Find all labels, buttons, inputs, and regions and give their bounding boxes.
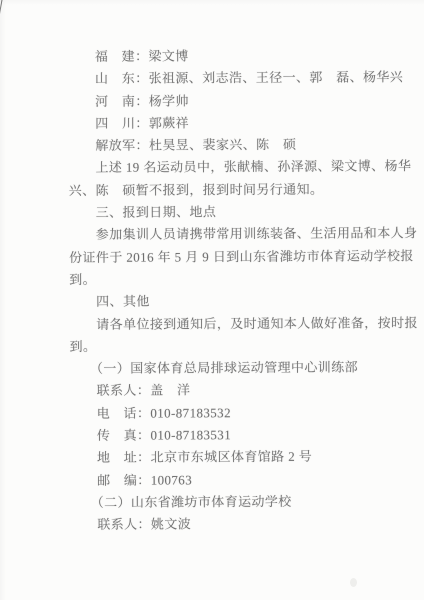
- document-line: （二）山东省潍坊市体育运动学校: [70, 490, 420, 514]
- document-line: 河 南：杨学帅: [68, 89, 418, 113]
- document-contact-line: 邮 编：100763: [70, 468, 420, 492]
- document-contact-line: 传 真：010-87183531: [70, 423, 420, 447]
- scan-edge-artifact: [0, 0, 3, 35]
- document-line: 参加集训人员请携带常用训练装备、生活用品和本人身: [69, 223, 419, 247]
- document-section-heading: 三、报到日期、地点: [69, 200, 419, 224]
- document-line: 到。: [69, 267, 419, 291]
- document-section-heading: 四、其他: [69, 289, 419, 313]
- document-contact-line: 电 话：010-87183532: [70, 401, 420, 425]
- document-contact-line: 地 址：北京市东城区体育馆路 2 号: [70, 446, 420, 470]
- scanned-document-page: 福 建：梁文博 山 东：张祖源、刘志浩、王径一、郭 磊、杨华兴 河 南：杨学帅 …: [0, 0, 424, 600]
- document-text-block: 福 建：梁文博 山 东：张祖源、刘志浩、王径一、郭 磊、杨华兴 河 南：杨学帅 …: [68, 44, 421, 536]
- document-line: 福 建：梁文博: [68, 44, 418, 68]
- document-line: 山 东：张祖源、刘志浩、王径一、郭 磊、杨华兴: [68, 66, 418, 90]
- document-line: 到。: [70, 334, 420, 358]
- document-contact-line: 联系人：盖 洋: [70, 379, 420, 403]
- document-contact-line: 联系人：姚文波: [70, 512, 420, 536]
- scan-smudge-artifact: [350, 578, 357, 587]
- document-line: 上述 19 名运动员中，张献楠、孙泽源、梁文博、杨华: [69, 156, 419, 180]
- document-line: 请各单位接到通知后，及时通知本人做好准备，按时报: [69, 312, 419, 336]
- document-line: 四 川：郭蕨祥: [68, 111, 418, 135]
- document-line: 兴、陈 硕暂不报到，报到时间另行通知。: [69, 178, 419, 202]
- document-line: （一）国家体育总局排球运动管理中心训练部: [70, 356, 420, 380]
- document-line: 份证件于 2016 年 5 月 9 日到山东省潍坊市体育运动学校报: [69, 245, 419, 269]
- document-line: 解放军：杜昊昱、裴家兴、陈 硕: [68, 133, 418, 157]
